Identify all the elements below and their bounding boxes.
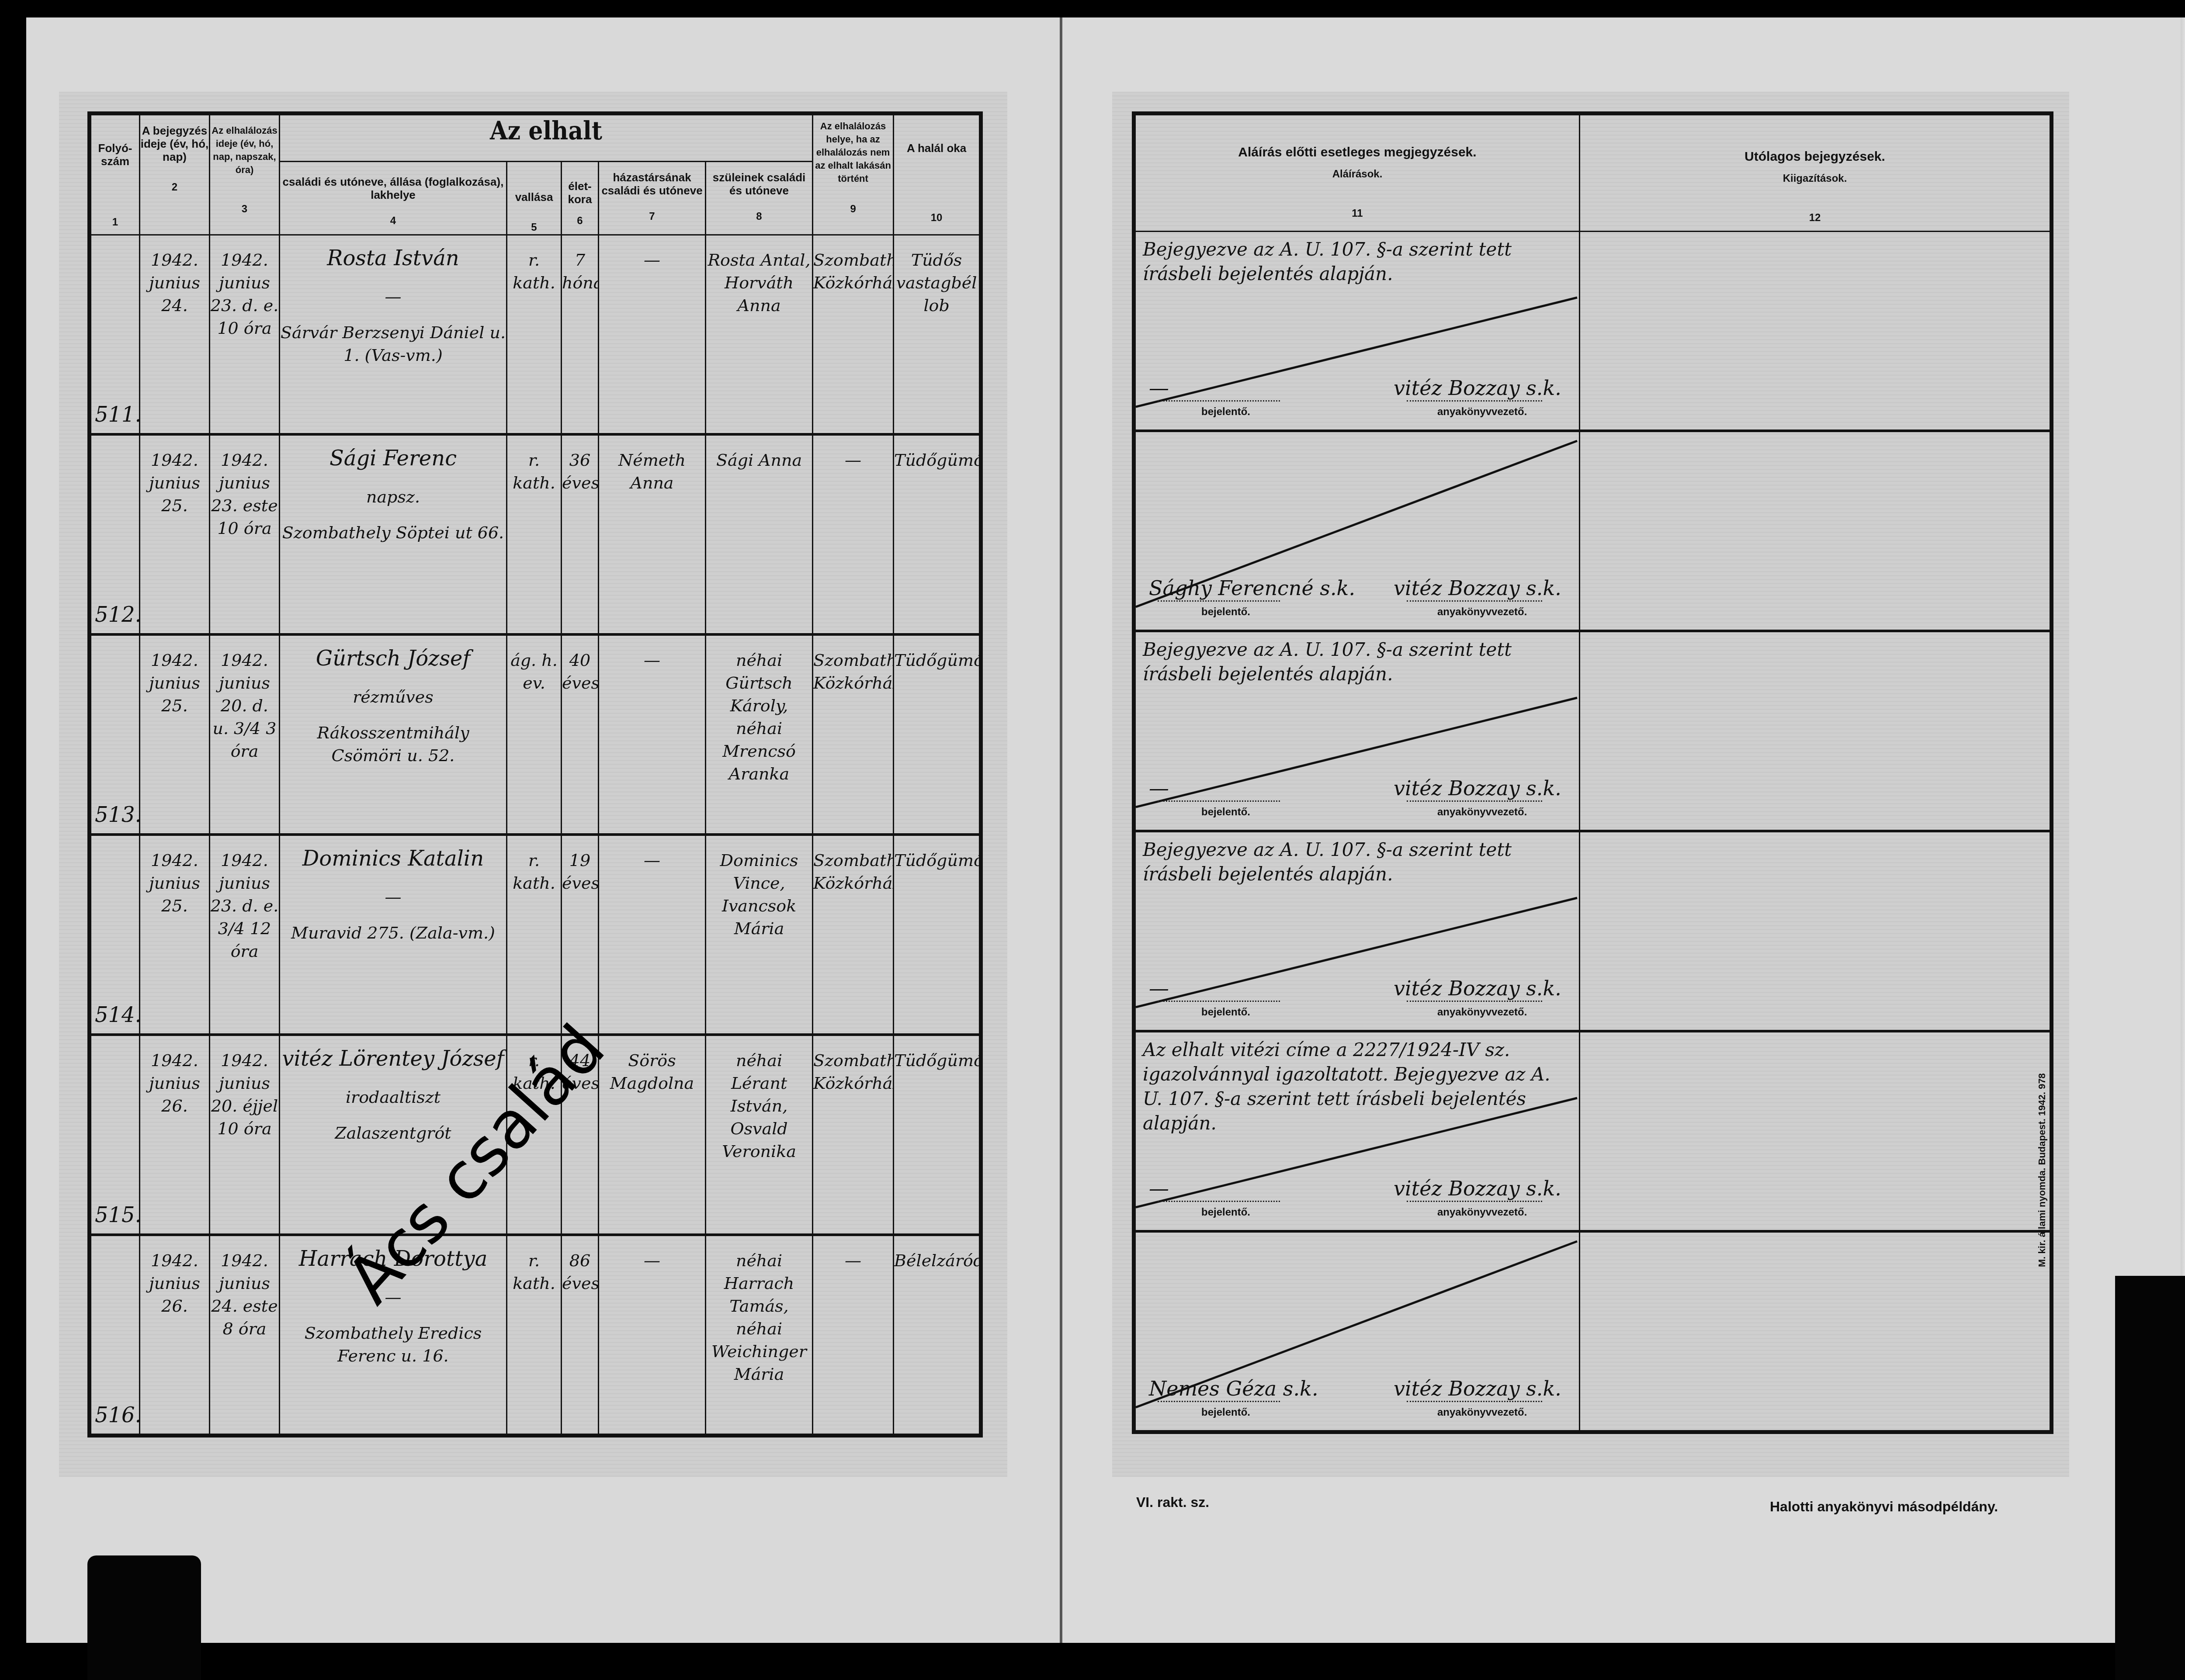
binder-clip-right <box>2115 1276 2185 1680</box>
book-gutter <box>1060 17 1062 1643</box>
cause-of-death-cell: Bélelzáródás <box>894 1235 981 1436</box>
registrar-label: anyakönyvvezető. <box>1437 1206 1527 1219</box>
reporter-label: bejelentő. <box>1201 1006 1250 1018</box>
header-col-2: A bejegyzés ideje (év, hó, nap)2 <box>140 114 210 235</box>
reporter-signature: Sághy Ferencné s.k. <box>1149 576 1355 600</box>
registrar-signature: vitéz Bozzay s.k. <box>1394 977 1561 1000</box>
religion-cell: r. kath. <box>507 1235 562 1436</box>
religion-cell: r. kath. <box>507 835 562 1035</box>
parents-names: néhai Lérant István, Osvald Veronika <box>706 1049 812 1163</box>
later-entries-cell <box>1580 1231 2052 1432</box>
parents-names-cell: Dominics Vince, Ivancsok Mária <box>706 835 813 1035</box>
death-date-cell: 1942. junius 24. este 8 óra <box>210 1235 280 1436</box>
entry-number: 516. <box>95 1403 140 1427</box>
cause-of-death: Tüdős vastagbél lob <box>894 249 979 317</box>
death-place-cell: Szombathely Közkórház <box>813 1035 894 1235</box>
spouse-name-cell: — <box>599 1235 706 1436</box>
deceased-name-cell: Rosta István—Sárvár Berzsenyi Dániel u. … <box>280 235 507 435</box>
death-register-table: Folyó-szám1 A bejegyzés ideje (év, hó, n… <box>87 111 983 1438</box>
signature-cell: Bejegyezve az A. U. 107. §-a szerint tet… <box>1134 631 1580 831</box>
death-date-cell: 1942. junius 20. d. u. 3/4 3 óra <box>210 634 280 835</box>
entry-number-cell: 512. <box>90 434 140 634</box>
header-col-11: Aláírás előtti esetleges megjegyzések. A… <box>1134 114 1580 232</box>
register-entry-row: 512.1942. junius 25.1942. junius 23. est… <box>90 434 981 634</box>
signature-cell: Bejegyezve az A. U. 107. §-a szerint tet… <box>1134 831 1580 1031</box>
register-entry-row: 514.1942. junius 25.1942. junius 23. d. … <box>90 835 981 1035</box>
cause-of-death-cell: Tüdőgümőkór <box>894 1035 981 1235</box>
entry-number: 514. <box>95 1003 140 1027</box>
entry-number-cell: 511. <box>90 235 140 435</box>
age: 7 hónapos <box>562 249 598 294</box>
age: 19 éves <box>562 849 598 894</box>
registration-date-cell: 1942. junius 25. <box>140 434 210 634</box>
registrar-signature-line <box>1407 400 1542 402</box>
registrar-signature-line <box>1407 1201 1542 1202</box>
header-col-5: vallása5 <box>507 162 562 235</box>
parents-names: Dominics Vince, Ivancsok Mária <box>706 849 812 940</box>
parents-names-cell: Rosta Antal, Horváth Anna <box>706 235 813 435</box>
death-date-cell: 1942. junius 23. este 10 óra <box>210 434 280 634</box>
death-place: — <box>813 449 893 471</box>
death-date: 1942. junius 20. éjjel 10 óra <box>210 1049 279 1140</box>
spouse-name-cell: — <box>599 634 706 835</box>
death-place: Szombathely Közkórház <box>813 249 893 294</box>
deceased-name: Dominics Katalin <box>280 845 506 873</box>
deceased-occupation: — <box>280 285 506 308</box>
registrar-label: anyakönyvvezető. <box>1437 1406 1527 1419</box>
deceased-name: Gürtsch József <box>280 644 506 672</box>
registrar-label: anyakönyvvezető. <box>1437 606 1527 618</box>
death-date-cell: 1942. junius 20. éjjel 10 óra <box>210 1035 280 1235</box>
header-col-8: szüleinek családi és utóneve8 <box>706 162 813 235</box>
signature-cell: Nemes Géza s.k.bejelentő.vitéz Bozzay s.… <box>1134 1231 1580 1432</box>
deceased-occupation: irodaaltiszt <box>280 1086 506 1108</box>
parents-names-cell: néhai Lérant István, Osvald Veronika <box>706 1035 813 1235</box>
religion: r. kath. <box>507 249 561 294</box>
document-type-label: Halotti anyakönyvi másodpéldány. <box>1770 1499 1998 1515</box>
registration-date-cell: 1942. junius 26. <box>140 1035 210 1235</box>
age-cell: 40 éves <box>562 634 599 835</box>
cause-of-death: Tüdőgümőkór <box>894 649 979 672</box>
death-place-cell: Szombathely Közkórház <box>813 634 894 835</box>
death-date: 1942. junius 23. d. e. 10 óra <box>210 249 279 339</box>
signature-cell: Az elhalt vitézi címe a 2227/1924-IV sz.… <box>1134 1031 1580 1231</box>
register-entry-row: 516.1942. junius 26.1942. junius 24. est… <box>90 1235 981 1436</box>
death-date: 1942. junius 24. este 8 óra <box>210 1249 279 1340</box>
death-place: Szombathely Közkórház <box>813 849 893 894</box>
reporter-signature-line <box>1158 1001 1280 1002</box>
spouse-name: — <box>599 1249 705 1272</box>
registration-date: 1942. junius 24. <box>140 249 209 317</box>
cause-of-death-cell: Tüdős vastagbél lob <box>894 235 981 435</box>
age: 36 éves <box>562 449 598 494</box>
binder-clip-left <box>87 1555 201 1680</box>
death-date: 1942. junius 20. d. u. 3/4 3 óra <box>210 649 279 762</box>
entry-number: 513. <box>95 803 140 827</box>
age-cell: 36 éves <box>562 434 599 634</box>
registration-date: 1942. junius 25. <box>140 649 209 717</box>
storage-number-label: VI. rakt. sz. <box>1136 1494 1209 1510</box>
reporter-signature-line <box>1158 600 1280 602</box>
cause-of-death: Bélelzáródás <box>894 1249 979 1272</box>
entry-number: 511. <box>95 402 140 427</box>
registration-date: 1942. junius 26. <box>140 1249 209 1317</box>
signature-cell: Bejegyezve az A. U. 107. §-a szerint tet… <box>1134 232 1580 431</box>
religion: ág. h. ev. <box>507 649 561 694</box>
death-place: — <box>813 1249 893 1272</box>
registration-date-cell: 1942. junius 25. <box>140 634 210 835</box>
deceased-name-cell: Dominics Katalin—Muravid 275. (Zala-vm.) <box>280 835 507 1035</box>
reporter-signature: — <box>1149 776 1169 800</box>
death-place-cell: Szombathely Közkórház <box>813 835 894 1035</box>
later-entries-cell <box>1580 631 2052 831</box>
register-entry-row: 511.1942. junius 24.1942. junius 23. d. … <box>90 235 981 435</box>
cause-of-death-cell: Tüdőgümőkór <box>894 634 981 835</box>
registration-date: 1942. junius 26. <box>140 1049 209 1117</box>
entry-number-cell: 515. <box>90 1035 140 1235</box>
spouse-name: — <box>599 649 705 672</box>
reporter-signature: Nemes Géza s.k. <box>1149 1377 1318 1400</box>
registrar-label: anyakönyvvezető. <box>1437 406 1527 418</box>
header-group-deceased: Az elhalt <box>280 114 813 162</box>
reporter-signature: — <box>1149 376 1169 400</box>
later-entries-cell <box>1580 1031 2052 1231</box>
registrar-signature: vitéz Bozzay s.k. <box>1394 576 1561 600</box>
death-date-cell: 1942. junius 23. d. e. 3/4 12 óra <box>210 835 280 1035</box>
death-date-cell: 1942. junius 23. d. e. 10 óra <box>210 235 280 435</box>
deceased-name: Rosta István <box>280 244 506 272</box>
registration-date: 1942. junius 25. <box>140 849 209 917</box>
cause-of-death-cell: Tüdőgümőkór <box>894 434 981 634</box>
deceased-name-cell: Gürtsch JózsefrézművesRákosszentmihály C… <box>280 634 507 835</box>
deceased-name: Sági Ferenc <box>280 444 506 472</box>
entry-number-cell: 514. <box>90 835 140 1035</box>
age-cell: 19 éves <box>562 835 599 1035</box>
spouse-name-cell: Németh Anna <box>599 434 706 634</box>
spouse-name: — <box>599 849 705 872</box>
spouse-name: Németh Anna <box>599 449 705 494</box>
cause-of-death: Tüdőgümőkór <box>894 1049 979 1072</box>
registrar-signature: vitéz Bozzay s.k. <box>1394 376 1561 400</box>
header-col-7: házastársának családi és utóneve7 <box>599 162 706 235</box>
deceased-occupation: rézműves <box>280 686 506 708</box>
registrar-signature: vitéz Bozzay s.k. <box>1394 1377 1561 1400</box>
deceased-name: vitéz Lörentey József <box>280 1045 506 1073</box>
death-date: 1942. junius 23. este 10 óra <box>210 449 279 540</box>
reporter-label: bejelentő. <box>1201 806 1250 818</box>
reporter-label: bejelentő. <box>1201 606 1250 618</box>
header-col-10: A halál oka10 <box>894 114 981 235</box>
deceased-occupation: — <box>280 886 506 908</box>
age: 40 éves <box>562 649 598 694</box>
reporter-signature: — <box>1149 1177 1169 1200</box>
religion-cell: ág. h. ev. <box>507 634 562 835</box>
religion: r. kath. <box>507 1249 561 1295</box>
parents-names-cell: néhai Harrach Tamás, néhai Weichinger Má… <box>706 1235 813 1436</box>
reporter-signature-line <box>1158 800 1280 802</box>
header-col-4: családi és utóneve, állása (foglalkozása… <box>280 162 507 235</box>
reporter-label: bejelentő. <box>1201 406 1250 418</box>
religion-cell: r. kath. <box>507 235 562 435</box>
printer-mark: M. kir. állami nyomda. Budapest. 1942. 9… <box>2036 1073 2048 1267</box>
parents-names: néhai Harrach Tamás, néhai Weichinger Má… <box>706 1249 812 1386</box>
header-col-1: Folyó-szám1 <box>90 114 140 235</box>
parents-names: Rosta Antal, Horváth Anna <box>706 249 812 317</box>
registrar-signature: vitéz Bozzay s.k. <box>1394 1177 1561 1200</box>
age: 86 éves <box>562 1249 598 1295</box>
signature-cell: Sághy Ferencné s.k.bejelentő.vitéz Bozza… <box>1134 431 1580 631</box>
age-cell: 7 hónapos <box>562 235 599 435</box>
deceased-residence: Szombathely Eredics Ferenc u. 16. <box>280 1322 506 1367</box>
death-place: Szombathely Közkórház <box>813 1049 893 1095</box>
parents-names: néhai Gürtsch Károly, néhai Mrencsó Aran… <box>706 649 812 785</box>
register-entry-row: 513.1942. junius 25.1942. junius 20. d. … <box>90 634 981 835</box>
entry-number-cell: 516. <box>90 1235 140 1436</box>
registrar-signature-line <box>1407 1401 1542 1402</box>
religion: r. kath. <box>507 449 561 494</box>
header-col-3: Az elhalálozás ideje (év, hó, nap, napsz… <box>210 114 280 235</box>
later-entries-cell <box>1580 831 2052 1031</box>
deceased-name-cell: Sági Ferencnapsz.Szombathely Söptei ut 6… <box>280 434 507 634</box>
cause-of-death-cell: Tüdőgümőkór <box>894 835 981 1035</box>
deceased-residence: Szombathely Söptei ut 66. <box>280 521 506 544</box>
reporter-label: bejelentő. <box>1201 1206 1250 1219</box>
registrar-signature-line <box>1407 1001 1542 1002</box>
deceased-residence: Muravid 275. (Zala-vm.) <box>280 921 506 944</box>
reporter-signature-line <box>1158 1401 1280 1402</box>
spouse-name-cell: — <box>599 835 706 1035</box>
remark-row: Az elhalt vitézi címe a 2227/1924-IV sz.… <box>1134 1031 2052 1231</box>
registration-date-cell: 1942. junius 25. <box>140 835 210 1035</box>
registration-date-cell: 1942. junius 26. <box>140 1235 210 1436</box>
registrar-label: anyakönyvvezető. <box>1437 806 1527 818</box>
parents-names: Sági Anna <box>706 449 812 471</box>
parents-names-cell: néhai Gürtsch Károly, néhai Mrencsó Aran… <box>706 634 813 835</box>
death-date: 1942. junius 23. d. e. 3/4 12 óra <box>210 849 279 963</box>
remark-row: Bejegyezve az A. U. 107. §-a szerint tet… <box>1134 232 2052 431</box>
header-col-6: élet-kora6 <box>562 162 599 235</box>
registrar-signature: vitéz Bozzay s.k. <box>1394 776 1561 800</box>
remark-row: Nemes Géza s.k.bejelentő.vitéz Bozzay s.… <box>1134 1231 2052 1432</box>
death-place-cell: Szombathely Közkórház <box>813 235 894 435</box>
deceased-occupation: napsz. <box>280 485 506 508</box>
spouse-name-cell: — <box>599 235 706 435</box>
registration-date: 1942. junius 25. <box>140 449 209 517</box>
religion-cell: r. kath. <box>507 434 562 634</box>
entry-number: 512. <box>95 603 140 627</box>
death-place-cell: — <box>813 434 894 634</box>
remark-row: Bejegyezve az A. U. 107. §-a szerint tet… <box>1134 631 2052 831</box>
reporter-signature-line <box>1158 1201 1280 1202</box>
registrar-signature-line <box>1407 800 1542 802</box>
remark-row: Sághy Ferencné s.k.bejelentő.vitéz Bozza… <box>1134 431 2052 631</box>
header-col-12: Utólagos bejegyzések. Kiigazítások. 12 <box>1580 114 2052 232</box>
spouse-name: Sörös Magdolna <box>599 1049 705 1095</box>
deceased-residence: Sárvár Berzsenyi Dániel u. 1. (Vas-vm.) <box>280 321 506 367</box>
later-entries-cell <box>1580 232 2052 431</box>
registrar-signature-line <box>1407 600 1542 602</box>
spouse-name: — <box>599 249 705 271</box>
registrar-label: anyakönyvvezető. <box>1437 1006 1527 1018</box>
entry-number: 515. <box>95 1203 140 1227</box>
death-place: Szombathely Közkórház <box>813 649 893 694</box>
remarks-table: Aláírás előtti esetleges megjegyzések. A… <box>1132 111 2053 1434</box>
later-entries-cell <box>1580 431 2052 631</box>
reporter-signature: — <box>1149 977 1169 1000</box>
entry-number-cell: 513. <box>90 634 140 835</box>
deceased-residence: Rákosszentmihály Csömöri u. 52. <box>280 721 506 767</box>
religion: r. kath. <box>507 849 561 894</box>
header-col-9: Az elhalálozás helye, ha az elhalálozás … <box>813 114 894 235</box>
death-place-cell: — <box>813 1235 894 1436</box>
cause-of-death: Tüdőgümőkór <box>894 449 979 471</box>
reporter-signature-line <box>1158 400 1280 402</box>
registration-date-cell: 1942. junius 24. <box>140 235 210 435</box>
cause-of-death: Tüdőgümőkór <box>894 849 979 872</box>
parents-names-cell: Sági Anna <box>706 434 813 634</box>
age-cell: 86 éves <box>562 1235 599 1436</box>
remark-row: Bejegyezve az A. U. 107. §-a szerint tet… <box>1134 831 2052 1031</box>
reporter-label: bejelentő. <box>1201 1406 1250 1419</box>
